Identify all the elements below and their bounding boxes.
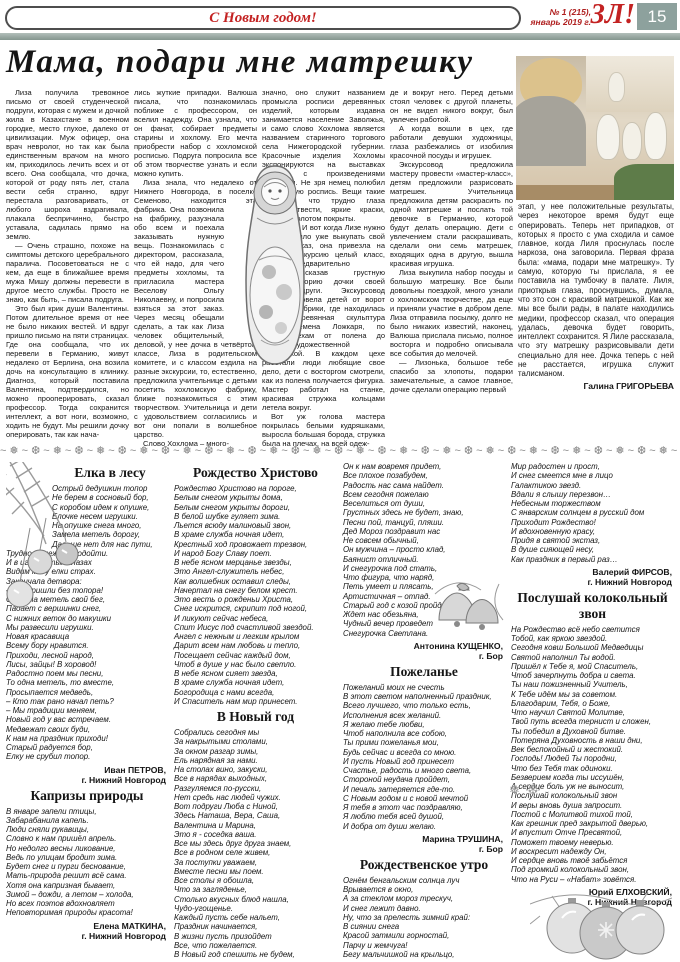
paragraph: Лиза выкупила набор посуды и большую мат…	[390, 268, 513, 358]
poem-author: Елена МАТКИНА, г. Нижний Новгород	[6, 921, 166, 941]
issue-date: январь 2019 г.	[530, 17, 591, 27]
article-author: Галина ГРИГОРЬЕВА	[518, 382, 674, 391]
poem-body: Собрались сегодня мы За накрытыми столам…	[174, 728, 337, 959]
banner-text: С Новым годом!	[209, 10, 316, 27]
article-column-5: этап, у нее положительные результаты, че…	[518, 88, 674, 460]
paragraph: Это был крик души Валентины. Потом длите…	[6, 304, 129, 439]
paragraph: — Лизонька, большое тебе спасибо за хлоп…	[390, 358, 513, 394]
author-city: г. Нижний Новгород	[6, 775, 166, 785]
article-columns: Лиза получила тревожное письмо от своей …	[6, 88, 674, 460]
poem-body: Мир радостен и прост, И снег смеется мне…	[511, 462, 674, 564]
paragraph: А когда вошли в цех, где работали девушк…	[390, 124, 513, 160]
author-name: Иван ПЕТРОВ,	[6, 765, 166, 775]
article-column-4: де и вокруг него. Перед детьми стоял чел…	[390, 88, 513, 460]
bells-icon	[429, 564, 509, 656]
headline: Мама, подари мне матрешку	[6, 44, 514, 81]
poem-body: Рождество Христово на пороге, Белым снег…	[174, 484, 337, 706]
paragraph: де и вокруг него. Перед детьми стоял чел…	[390, 88, 513, 124]
poem-body: Огнём бенгальским солнца луч Врывается в…	[343, 876, 505, 959]
poem-author: Иван ПЕТРОВ, г. Нижний Новгород	[6, 765, 166, 785]
poem-body: Пожеланий моих не счесть В этот светом н…	[343, 683, 505, 831]
poem-title: В Новый год	[174, 709, 337, 725]
newspaper-logo: ЗЛ!	[591, 0, 635, 31]
matryoshka-illustration	[239, 160, 311, 388]
poem-title: Послушай колокольный звон	[511, 590, 674, 622]
poem-title: Пожеланье	[343, 664, 505, 680]
poem-column-3: Он к нам вовремя придет, Все плохое поза…	[343, 462, 505, 960]
author-name: Валерий ФИРСОВ,	[511, 567, 672, 577]
ornaments-icon	[530, 886, 672, 960]
poem-title: Рождество Христово	[174, 465, 337, 481]
author-name: Елена МАТКИНА,	[6, 921, 166, 931]
holiday-banner: С Новым годом!	[5, 6, 521, 30]
poem-author: Марина ТРУШИНА, г. Бор	[343, 834, 503, 854]
paragraph: Вот уж голова мастера покрылась белыми к…	[262, 412, 385, 448]
page-number: 15	[637, 3, 677, 30]
author-city: г. Нижний Новгород	[6, 931, 166, 941]
article-column-1: Лиза получила тревожное письмо от своей …	[6, 88, 129, 460]
poem-column-4: Мир радостен и прост, И снег смеется мне…	[511, 462, 674, 960]
author-city: г. Бор	[343, 844, 503, 854]
fir-branch-icon	[6, 462, 108, 628]
issue-number: № 1 (215),	[530, 7, 591, 17]
paragraph: Лиза получила тревожное письмо от своей …	[6, 88, 129, 241]
poem-body: На Рождество всё небо светится Тобой, ка…	[511, 625, 674, 884]
paragraph: этап, у нее положительные результаты, че…	[518, 202, 674, 379]
author-name: Марина ТРУШИНА,	[343, 834, 503, 844]
poem-column-2: Рождество Христово Рождество Христово на…	[174, 462, 337, 960]
poem-body: В январе запели птицы, Забарабанила капе…	[6, 807, 168, 918]
author-city: г. Нижний Новгород	[511, 577, 672, 587]
header-divider	[0, 33, 680, 40]
poems-section: Елка в лесу Острый дедушкин топор Не бер…	[6, 462, 674, 960]
poem-column-1: Елка в лесу Острый дедушкин топор Не бер…	[6, 462, 168, 960]
paragraph: — Очень страшно, похоже на симптомы детс…	[6, 241, 129, 304]
poem-author: Валерий ФИРСОВ, г. Нижний Новгород	[511, 567, 672, 587]
main-article: Мама, подари мне матрешку Лиза получила …	[6, 44, 674, 444]
poem-title: Рождественское утро	[343, 857, 505, 873]
garland-divider: ~❅~❆~❅~❆~❅~❆~❅~❆~❅~❆~❅~❆~❅~❆~❅~❆~❅~❆~❅~❆…	[0, 444, 680, 460]
paragraph: Экскурсовод предложила мастеру провести …	[390, 160, 513, 268]
poem-title: Капризы природы	[6, 788, 168, 804]
masthead: С Новым годом! № 1 (215), январь 2019 г.…	[5, 3, 677, 31]
issue-info: № 1 (215), январь 2019 г.	[530, 7, 591, 27]
snowflake-icon: ❅ ❆	[509, 782, 540, 798]
newspaper-page: С Новым годом! № 1 (215), январь 2019 г.…	[0, 0, 680, 962]
